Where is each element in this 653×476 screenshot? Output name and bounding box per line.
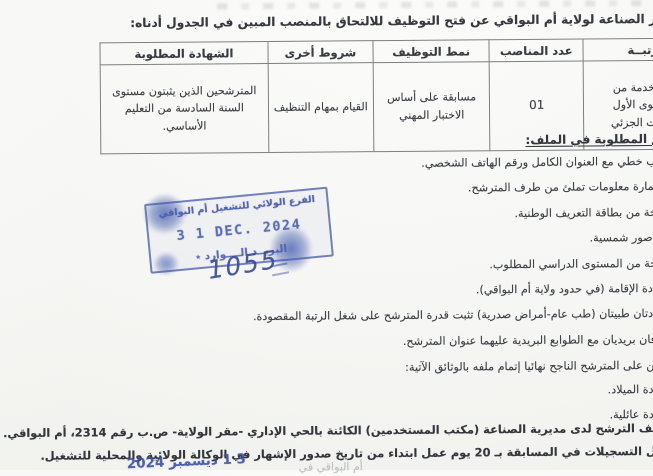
required-documents-section: 1- الوثائق المطلوبة في الملف: - طلب خطي …: [9, 132, 642, 438]
scanned-announcement-document: يعلن مدير الصناعة لولاية أم البواقي عن ف…: [0, 0, 653, 470]
list-item-text: استمارة معلومات تملئ من طرف المترشح.: [399, 180, 601, 195]
list-item-text: 02 صور شمسية.: [521, 231, 602, 245]
list-item-text: شهادة الإقامة (في حدود ولاية أم البواقي)…: [407, 282, 602, 297]
list-item: - طلب خطي مع العنوان الكامل ورقم الهاتف …: [9, 155, 640, 173]
dash-bullet: -: [616, 231, 621, 244]
dash-bullet: -: [617, 256, 622, 269]
dash-bullet: -: [618, 408, 623, 421]
dash-bullet: -: [617, 307, 622, 320]
dash-bullet: -: [617, 282, 622, 295]
col-header-mode: نمط التوظيف: [304, 40, 421, 63]
list-item: - شهادة الميلاد.: [11, 382, 642, 400]
list-item-text: شهادة عائلية.: [541, 408, 603, 421]
city-date-faint-text: أم البواقي في: [174, 460, 294, 470]
dash-bullet: -: [616, 180, 621, 193]
list-item-text: شهادة الميلاد.: [539, 383, 603, 397]
dash-bullet: -: [617, 332, 622, 345]
list-item-text: نسخة من بطاقة التعريف الوطنية.: [445, 206, 601, 220]
col-header-rank: الرتبــة: [514, 38, 642, 61]
list-item-text: شهادتان طبيتان (طب عام-أمراض صدرية) تثبت…: [184, 307, 602, 323]
announcement-intro: يعلن مدير الصناعة لولاية أم البواقي عن ف…: [61, 12, 638, 31]
dash-bullet: -: [618, 382, 623, 395]
col-header-conditions: شروط أخرى: [199, 41, 304, 64]
list-item: - ظرفان بريديان مع الطوابع البريدية عليه…: [11, 332, 642, 350]
col-header-count: عدد المناصب: [420, 39, 514, 62]
list-item-text: نسخة من المستوى الدراسي المطلوب.: [420, 256, 601, 270]
list-item-text: ظرفان بريديان مع الطوابع البريدية عليهما…: [334, 333, 602, 348]
list-item-text: طلب خطي مع العنوان الكامل ورقم الهاتف ال…: [352, 155, 601, 170]
dash-bullet: -: [616, 155, 621, 168]
list-item: - شهادتان طبيتان (طب عام-أمراض صدرية) تث…: [11, 307, 642, 325]
col-header-certificate: الشهادة المطلوبة: [31, 41, 199, 64]
list-item: - شهادة الإقامة (في حدود ولاية أم البواق…: [10, 281, 641, 299]
dash-bullet: -: [616, 205, 621, 218]
cut-text-remnant: [148, 0, 578, 9]
final-file-note: يتعين على المترشح الناجح نهائيا إتمام مل…: [11, 358, 642, 376]
